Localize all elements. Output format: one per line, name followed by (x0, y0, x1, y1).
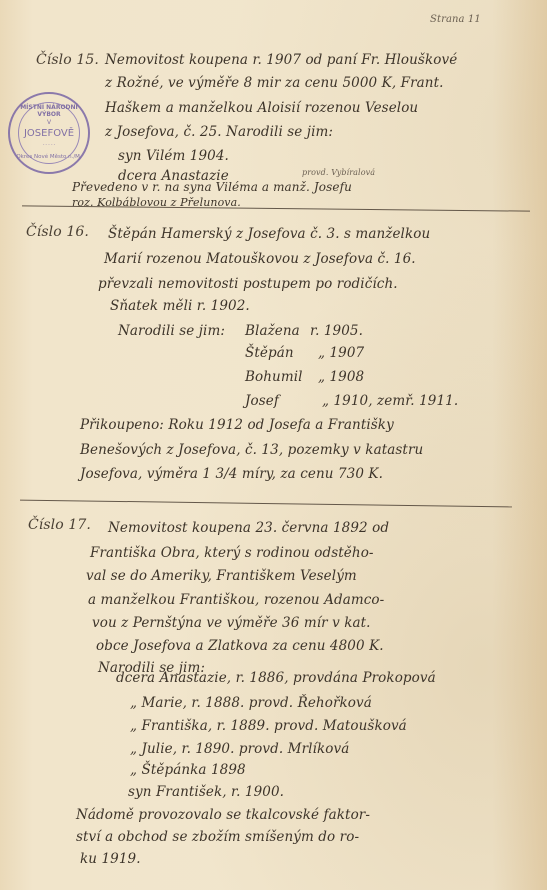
entry-17-closing: Nádomě provozovalo se tkalcovské faktor- (76, 807, 370, 823)
entry-16-line: Sňatek měli r. 1902. (110, 298, 250, 314)
divider-rule (20, 500, 512, 508)
child-year: „ 1908 (318, 369, 364, 385)
entry-17-child: dcera Anastazie, r. 1886, provdána Proko… (116, 670, 436, 686)
child-year: r. 1905. (310, 323, 363, 339)
entry-16-line: Štěpán Hamerský z Josefova č. 3. s manže… (108, 226, 430, 242)
entry-17-child: syn František, r. 1900. (128, 784, 284, 800)
entry-17-child: „ Františka, r. 1889. provd. Matoušková (130, 718, 407, 734)
entry-15-label: Číslo 15. (36, 52, 99, 68)
stamp-place: JOSEFOVĚ (10, 128, 88, 139)
entry-17-closing: ku 1919. (80, 851, 141, 867)
ledger-page: Strana 11 MÍSTNÍ NÁRODNÍ VÝBOR V JOSEFOV… (0, 0, 547, 890)
entry-15-note: provd. Vybíralová (302, 168, 375, 177)
entry-16-line: převzali nemovitosti postupem po rodičíc… (98, 276, 398, 292)
child-year: „ 1910, zemř. 1911. (322, 393, 458, 409)
entry-17-line: vou z Pernštýna ve výměře 36 mír v kat. (92, 615, 371, 631)
entry-17-line: obce Josefova a Zlatkova za cenu 4800 K. (96, 638, 384, 654)
entry-17-closing: ství a obchod se zbožím smíšeným do ro- (76, 829, 359, 845)
child-name: Blažena (245, 323, 300, 339)
child-name: Bohumil (245, 369, 303, 385)
child-name: Josef (245, 393, 279, 409)
entry-17-line: Nemovitost koupena 23. června 1892 od (108, 520, 389, 536)
entry-16-purchase: Přikoupeno: Roku 1912 od Josefa a Franti… (80, 417, 394, 433)
child-year: „ 1907 (318, 345, 364, 361)
entry-17-child: „ Štěpánka 1898 (130, 762, 246, 778)
entry-17-line: val se do Ameriky, Františkem Veselým (86, 568, 357, 584)
entry-16-line: Marií rozenou Matouškovou z Josefova č. … (104, 251, 416, 267)
entry-17-line: Františka Obra, který s rodinou odstěho- (90, 545, 374, 561)
entry-15-line: z Josefova, č. 25. Narodili se jim: (105, 124, 333, 140)
entry-16-purchase: Benešových z Josefova, č. 13, pozemky v … (80, 442, 423, 458)
stamp-date-line: - - - - - (10, 142, 88, 147)
stamp-bottom-text: Okres Nové Město n./M. (10, 154, 88, 160)
entry-17-child: „ Marie, r. 1888. provd. Řehořková (130, 695, 372, 711)
entry-15-line: Nemovitost koupena r. 1907 od paní Fr. H… (105, 52, 457, 68)
entry-16-children-intro: Narodili se jim: (118, 323, 225, 339)
page-header: Strana 11 (430, 14, 481, 25)
entry-17-label: Číslo 17. (28, 517, 91, 533)
entry-15-transfer: Převedeno v r. na syna Viléma a manž. Jo… (72, 180, 352, 194)
entry-16-purchase: Josefova, výměra 1 3/4 míry, za cenu 730… (80, 466, 383, 482)
stamp-top-text: MÍSTNÍ NÁRODNÍ VÝBOR (10, 104, 88, 118)
entry-15-line: syn Vilém 1904. (118, 148, 229, 164)
stamp-v: V (10, 119, 88, 126)
entry-16-label: Číslo 16. (26, 224, 89, 240)
entry-17-line: a manželkou Františkou, rozenou Adamco- (88, 592, 384, 608)
entry-17-child: „ Julie, r. 1890. provd. Mrlíková (130, 741, 349, 757)
entry-15-line: Haškem a manželkou Aloisií rozenou Vesel… (105, 100, 418, 116)
entry-15-line: z Rožné, ve výměře 8 mir za cenu 5000 K,… (105, 75, 443, 91)
child-name: Štěpán (245, 345, 294, 361)
municipal-stamp: MÍSTNÍ NÁRODNÍ VÝBOR V JOSEFOVĚ - - - - … (8, 92, 90, 174)
